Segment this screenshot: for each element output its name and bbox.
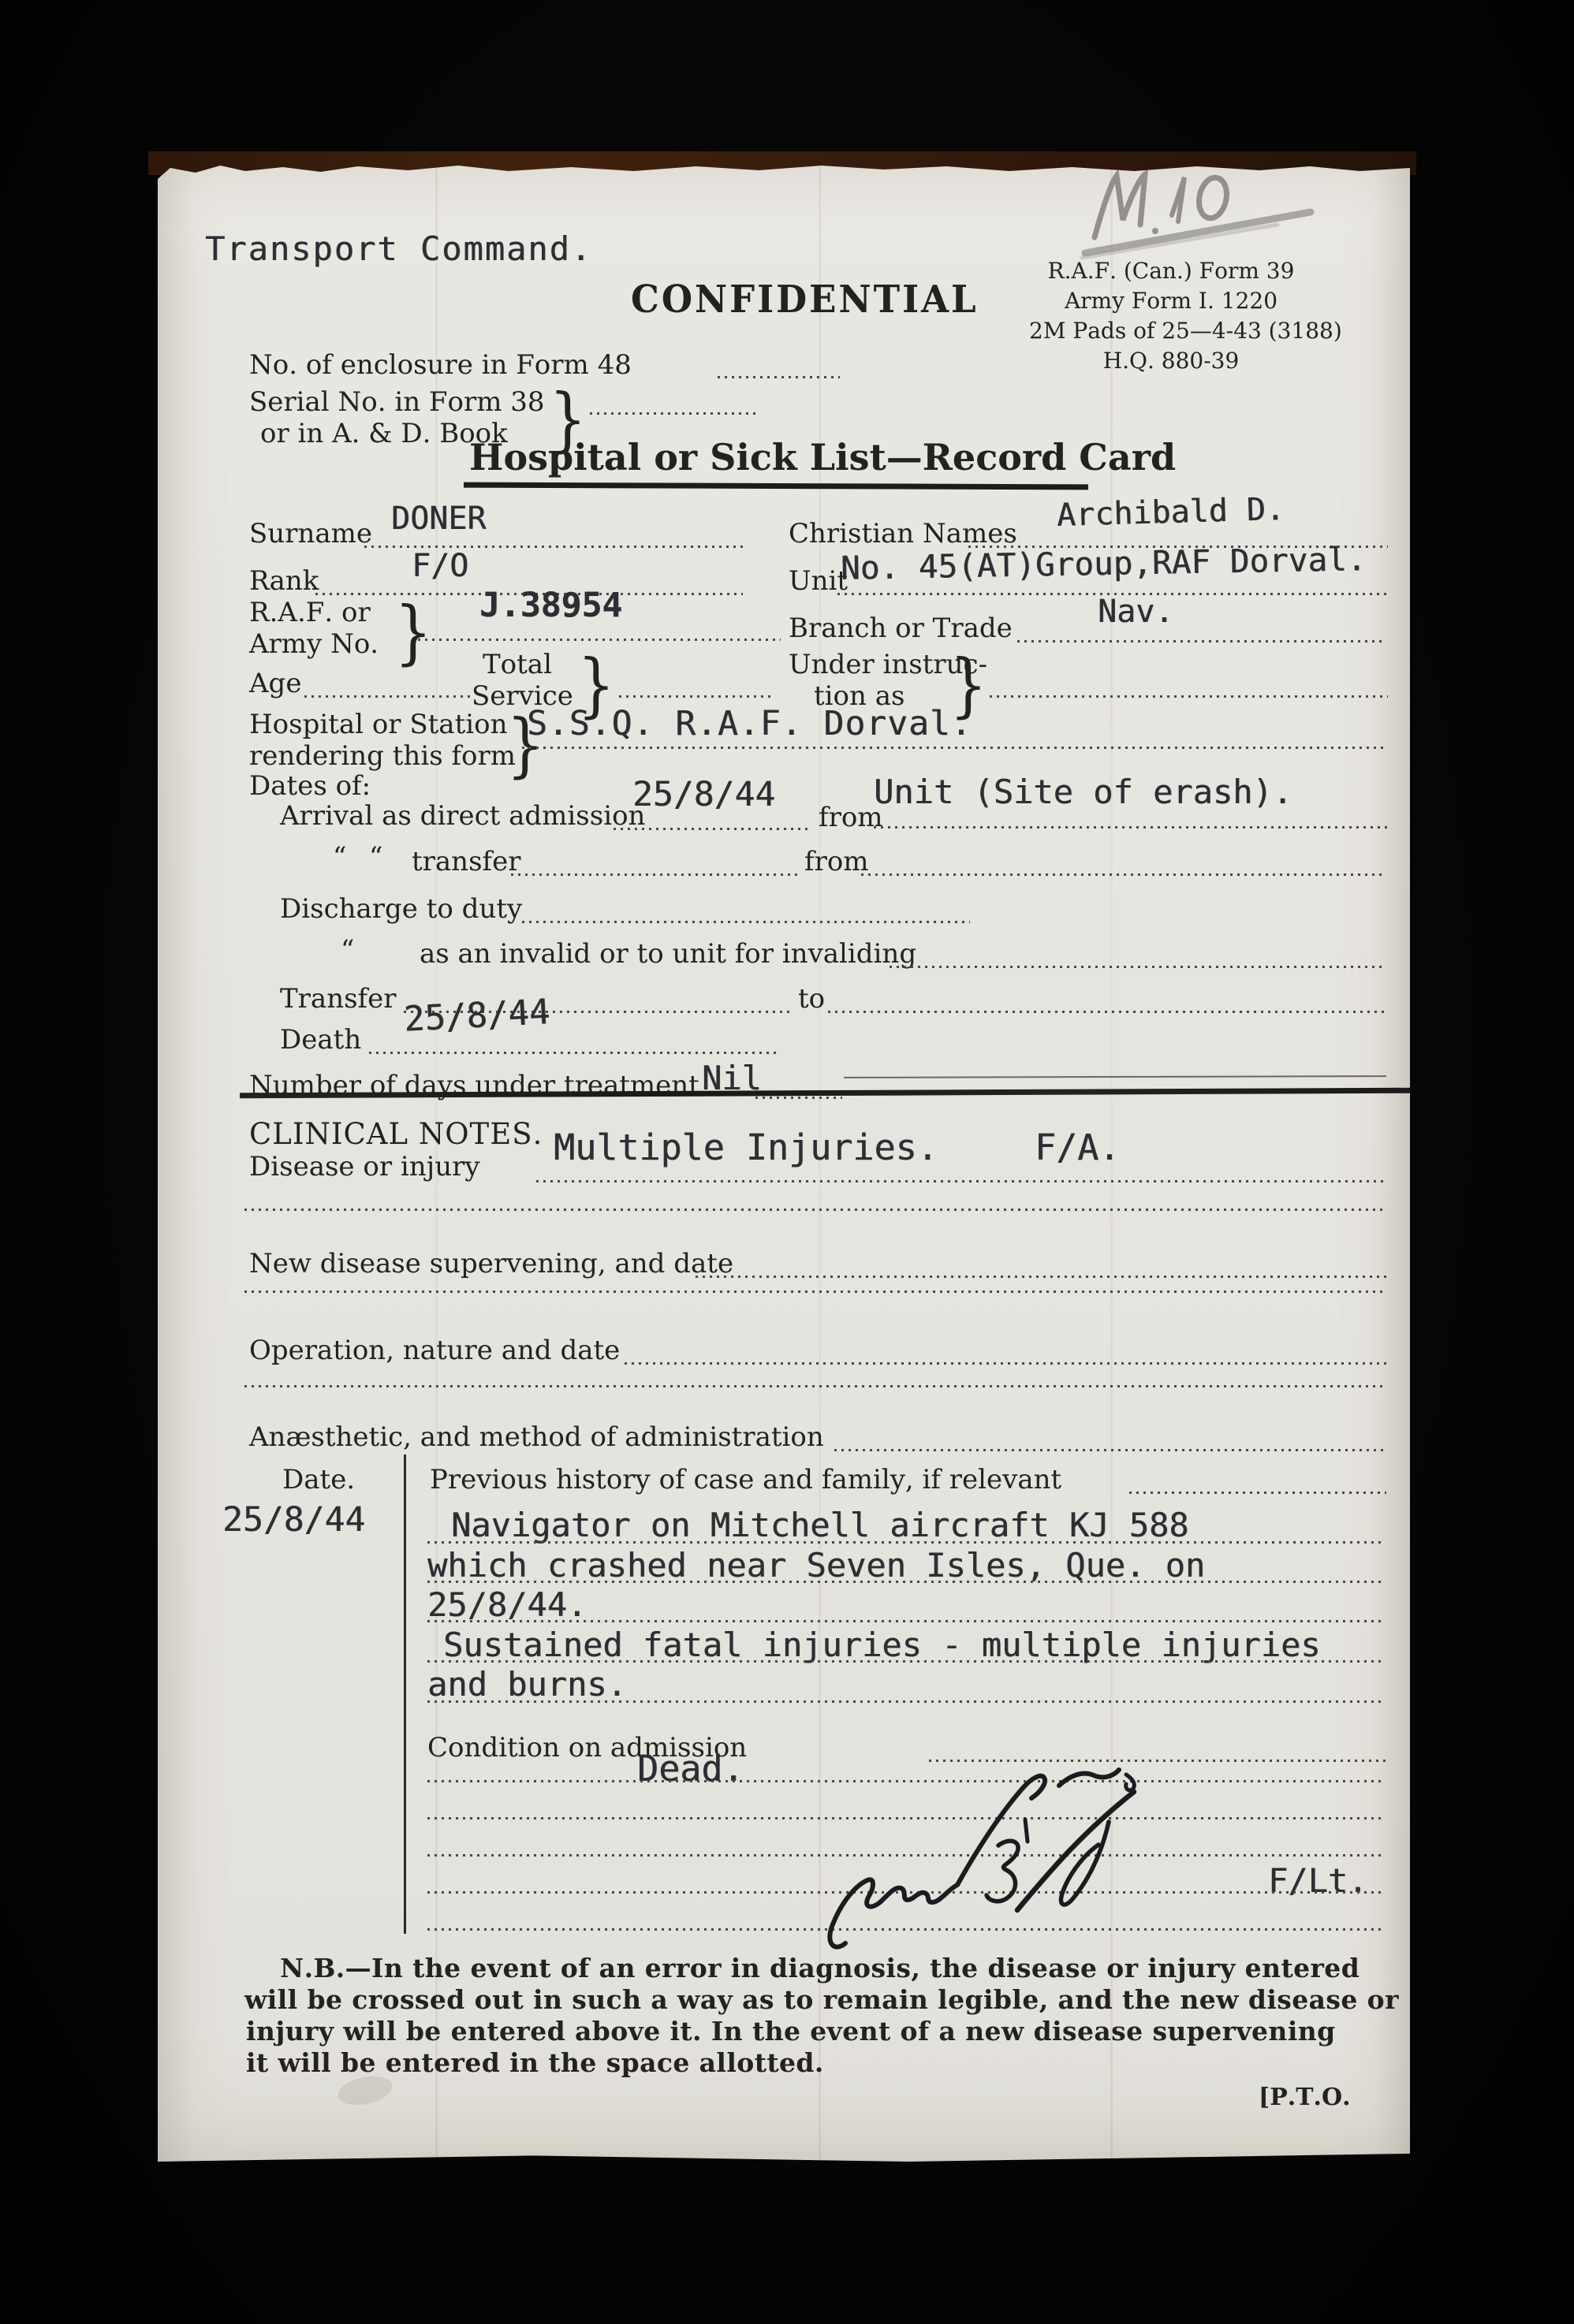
disease-label: Disease or injury <box>249 1151 480 1182</box>
nb-note-line: N.B.—In the event of an error in diagnos… <box>280 1953 1360 1983</box>
hospital-value: S.S.Q. R.A.F. Dorval. <box>527 704 972 743</box>
discharge-label: Discharge to duty <box>280 893 522 925</box>
history-line: 25/8/44. <box>427 1585 587 1624</box>
surname-label: Surname <box>249 518 372 549</box>
invalid-ditto-mark: “ <box>341 934 354 966</box>
dotted-line <box>861 873 1386 876</box>
transfer-ditto-mark: “ <box>333 841 346 873</box>
pencil-note-m10 <box>1080 162 1333 272</box>
transfer-from-label: from <box>804 846 869 877</box>
transfer-to-label: to <box>798 983 825 1015</box>
history-date-value: 25/8/44 <box>222 1500 365 1540</box>
dotted-line <box>828 1011 1386 1013</box>
dotted-line <box>718 376 840 378</box>
death-date-value: 25/8/44 <box>403 992 551 1040</box>
dotted-line <box>1129 1492 1386 1494</box>
dotted-line <box>834 1449 1386 1451</box>
nb-note-line: it will be entered in the space allotted… <box>246 2047 824 2078</box>
christian-names-value: Archibald D. <box>1056 491 1285 534</box>
dotted-line <box>369 1052 781 1054</box>
clinical-notes-heading: CLINICAL NOTES. <box>249 1117 543 1151</box>
condition-value: Dead. <box>637 1748 744 1790</box>
card-title: Hospital or Sick List—Record Card <box>469 436 1176 479</box>
dotted-line <box>590 412 755 415</box>
dotted-line <box>522 921 970 923</box>
record-card-paper: Transport Command. CONFIDENTIAL R.A.F. (… <box>158 162 1410 2162</box>
previous-history-label: Previous history of case and family, if … <box>430 1464 1061 1495</box>
dotted-line <box>522 747 1386 749</box>
service-no-value: J.38954 <box>479 586 622 625</box>
rank-value: F/O <box>412 548 468 584</box>
invalid-label: as an invalid or to unit for invaliding <box>420 938 916 970</box>
hospital-label-line1: Hospital or Station <box>249 709 507 740</box>
christian-names-label: Christian Names <box>789 518 1017 549</box>
operation-label: Operation, nature and date <box>249 1335 620 1366</box>
dotted-line <box>427 1541 1386 1544</box>
date-column-rule <box>404 1454 406 1934</box>
command-heading: Transport Command. <box>205 229 592 268</box>
form-ref-line: Army Form I. 1220 <box>1029 288 1313 314</box>
dotted-line <box>755 1097 842 1099</box>
form-ref-line: R.A.F. (Can.) Form 39 <box>1029 258 1313 284</box>
dotted-line <box>990 695 1388 698</box>
death-label: Death <box>280 1024 361 1056</box>
dotted-line <box>511 873 799 876</box>
dotted-line <box>427 1620 1386 1622</box>
branch-label: Branch or Trade <box>789 613 1013 644</box>
transfer-label: transfer <box>412 846 521 877</box>
nb-note-line: will be crossed out in such a way as to … <box>244 1984 1399 2015</box>
dotted-line <box>890 966 1386 968</box>
branch-value: Nav. <box>1098 594 1173 630</box>
disease-suffix-value: F/A. <box>1035 1127 1120 1168</box>
arrival-date-value: 25/8/44 <box>632 775 775 814</box>
total-service-label-line1: Total <box>483 649 552 680</box>
service-no-label-line1: R.A.F. or <box>249 597 371 628</box>
thin-rule <box>844 1075 1386 1078</box>
form-ref-line: 2M Pads of 25—4-43 (3188) <box>1029 318 1313 344</box>
dotted-line <box>244 1209 1386 1211</box>
date-column-header: Date. <box>282 1464 355 1495</box>
anaesthetic-label: Anæsthetic, and method of administration <box>249 1421 824 1453</box>
hospital-label-line2: rendering this form <box>249 740 516 772</box>
dotted-line <box>1017 640 1386 642</box>
dotted-line <box>244 1290 1386 1293</box>
arrival-label: Arrival as direct admission <box>280 800 645 832</box>
nb-note-line: injury will be entered above it. In the … <box>246 2016 1336 2047</box>
dotted-line <box>625 1362 1386 1365</box>
confidential-stamp: CONFIDENTIAL <box>631 277 979 322</box>
rank-label: Rank <box>249 565 319 597</box>
pto-label: [P.T.O. <box>1259 2084 1351 2111</box>
new-disease-label: New disease supervening, and date <box>249 1248 733 1279</box>
dotted-line <box>418 639 781 641</box>
age-label: Age <box>249 668 301 699</box>
medical-officer-signature <box>819 1745 1173 1957</box>
history-line: which crashed near Seven Isles, Que. on <box>427 1546 1205 1585</box>
dotted-line <box>304 695 472 698</box>
history-line: Navigator on Mitchell aircraft KJ 588 <box>451 1506 1189 1544</box>
unit-value: No. 45(AT)Group,RAF Dorval. <box>841 540 1367 587</box>
disease-value: Multiple Injuries. <box>554 1127 938 1168</box>
form-ref-line: H.Q. 880-39 <box>1029 348 1313 374</box>
enclosure-label: No. of enclosure in Form 48 <box>249 349 632 381</box>
dotted-line <box>427 1581 1386 1583</box>
transfer2-label: Transfer <box>280 983 397 1015</box>
surname-value: DONER <box>391 501 486 537</box>
photograph-of-record-card: Transport Command. CONFIDENTIAL R.A.F. (… <box>0 0 1574 2324</box>
history-line: and burns. <box>427 1665 627 1704</box>
dotted-line <box>427 1700 1386 1703</box>
serial-label-line1: Serial No. in Form 38 <box>249 386 545 418</box>
service-no-brace: } <box>394 591 432 672</box>
dotted-line <box>874 826 1388 829</box>
dotted-line <box>244 1385 1386 1387</box>
arrival-from-value: Unit (Site of erash). <box>874 773 1292 811</box>
title-underline <box>464 482 1088 490</box>
dates-of-label: Dates of: <box>249 770 371 802</box>
signer-rank-value: F/Lt. <box>1268 1861 1367 1900</box>
history-line: Sustained fatal injuries - multiple inju… <box>443 1626 1321 1664</box>
dotted-line <box>619 695 773 698</box>
form-reference-block: R.A.F. (Can.) Form 39 Army Form I. 1220 … <box>1029 258 1313 374</box>
dotted-line <box>427 1660 1386 1663</box>
dotted-line <box>614 828 809 830</box>
service-no-label-line2: Army No. <box>249 628 379 660</box>
unit-label: Unit <box>789 565 848 597</box>
dotted-line <box>696 1276 1386 1278</box>
dotted-line <box>536 1180 1386 1182</box>
transfer-ditto-mark: “ <box>369 841 382 873</box>
